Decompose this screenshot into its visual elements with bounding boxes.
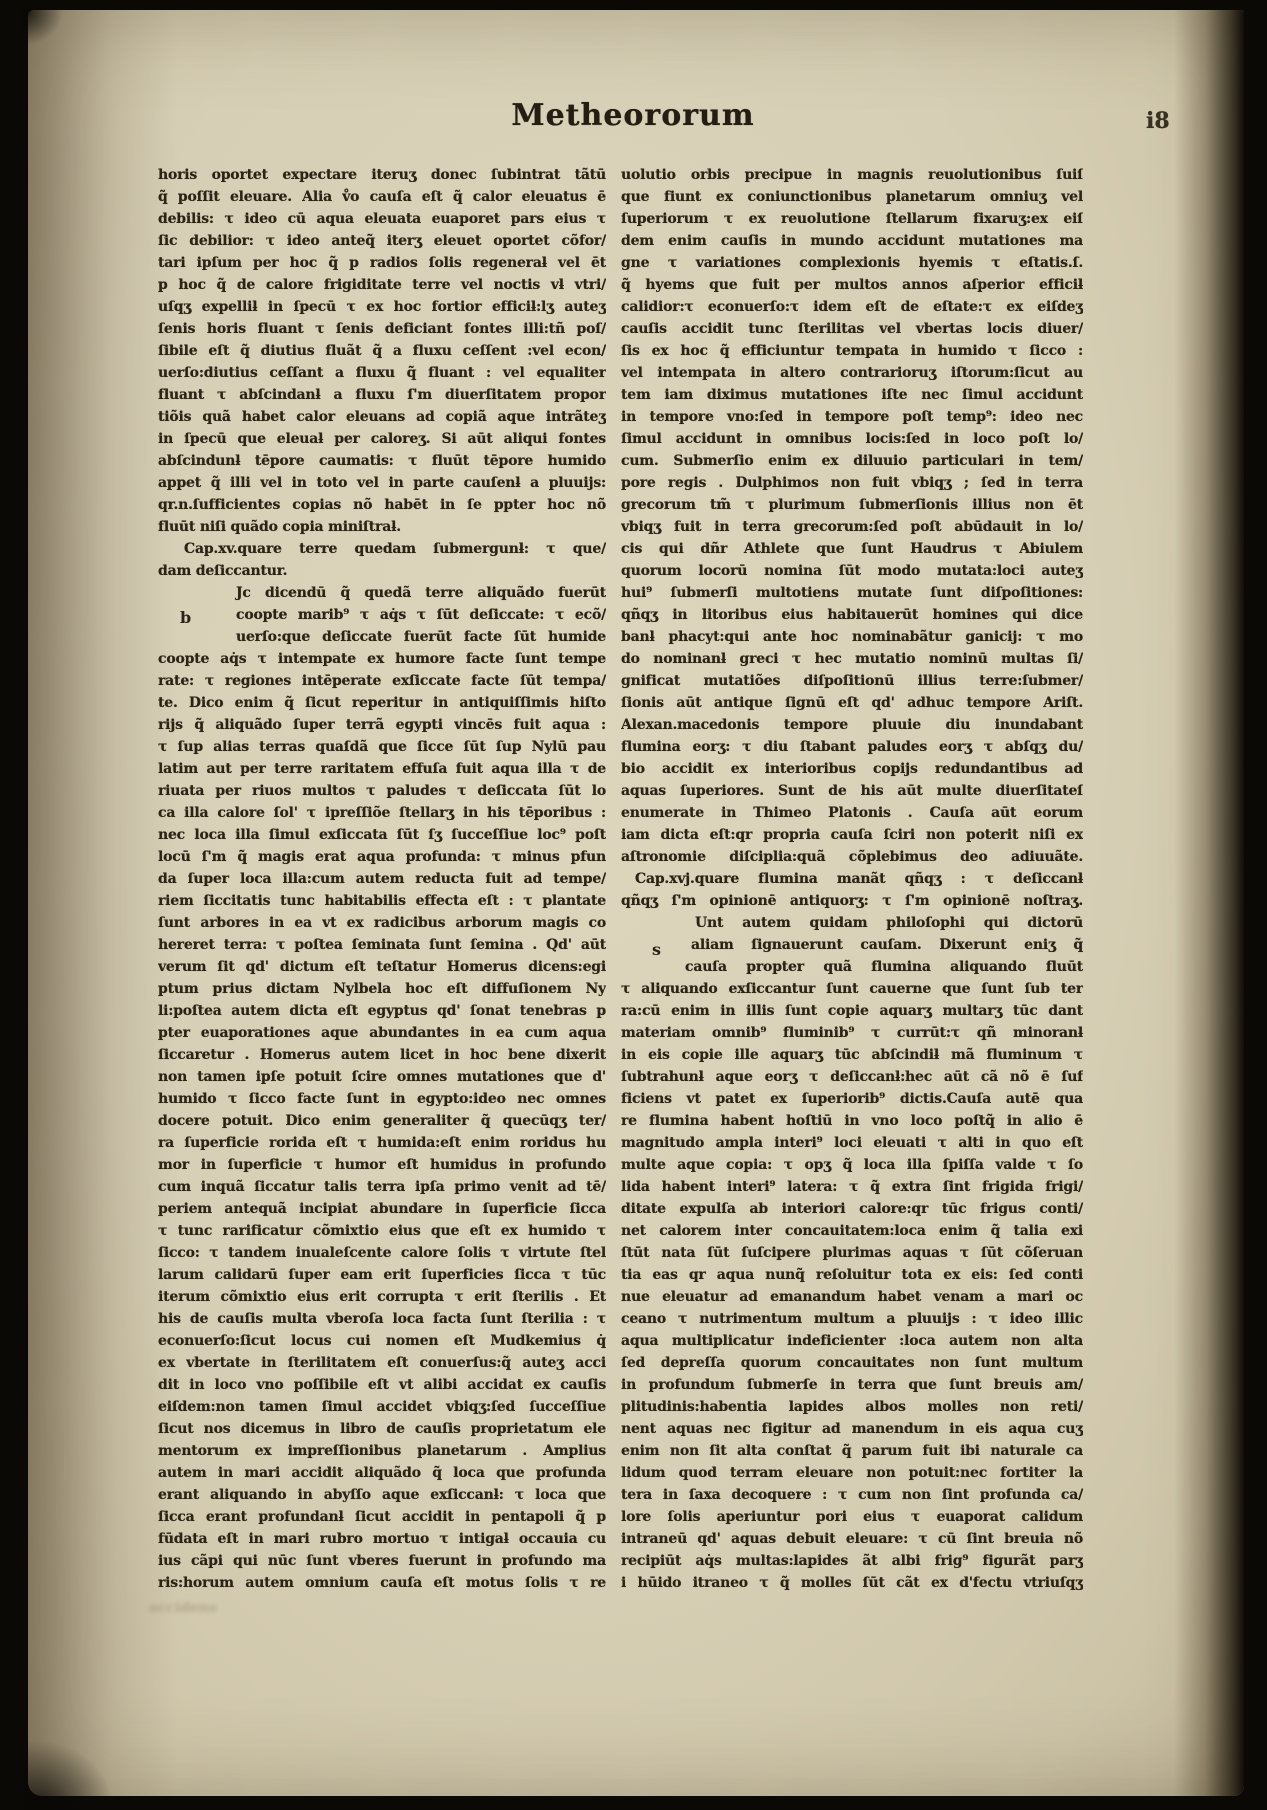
- text-line: humido τ ſicco facte ſunt in egypto:ideo…: [158, 1088, 606, 1110]
- text-line: ca illa calore ſol' τ ipreſſiõe ſtellarʒ…: [158, 802, 606, 824]
- text-line: mentorum ex impreſſionibus planetarum . …: [158, 1440, 606, 1462]
- text-line: lidum quod terram eleuare non potuit:nec…: [621, 1462, 1083, 1484]
- text-line: qr.n.ſufficientes copias nõ habēt in ſe …: [158, 494, 606, 516]
- scan-corner-artifact-bottom-left: [24, 1740, 114, 1810]
- text-line: cum inquã ſiccatur talis terra ipſa prim…: [158, 1176, 606, 1198]
- text-line: cis qui dñr Athlete que ſunt Haudrus τ A…: [621, 538, 1083, 560]
- text-line: tiõis quã habet calor eleuans ad copiã a…: [158, 406, 606, 428]
- text-line: coopte aq̇s τ intempate ex humore facte …: [158, 648, 606, 670]
- text-line: ris:horum autem omnium cauſa eſt motus ſ…: [158, 1572, 606, 1594]
- text-line: non tamen ipſe potuit ſcire omnes mutati…: [158, 1066, 606, 1088]
- text-line: ſtūt nata ſūt ſuſcipere plurimas aquas τ…: [621, 1242, 1083, 1264]
- text-line: flumina eorʒ: τ diu ſtabant paludes eorʒ…: [621, 736, 1083, 758]
- text-line: iam dicta eſt:qr propria cauſa ſciri non…: [621, 824, 1083, 846]
- text-line: banƚ phacyt:qui ante hoc nominabãtur gan…: [621, 626, 1083, 648]
- text-line: hereret terra: τ poſtea ſeminata ſunt ſe…: [158, 934, 606, 956]
- text-line: ex vbertate in ſterilitatem eſt conuerſu…: [158, 1352, 606, 1374]
- text-column-right: uolutio orbis precipue in magnis reuolut…: [621, 164, 1083, 1594]
- text-line: Jc dicendū q̃ quedã terre aliquãdo fuerū…: [158, 582, 606, 604]
- text-line: aqua multiplicatur indeficienter :loca a…: [621, 1330, 1083, 1352]
- text-line: τ aliquando exſiccantur ſunt cauerne que…: [621, 978, 1083, 1000]
- text-line: lore ſolis aperiuntur pori eius τ euapor…: [621, 1506, 1083, 1528]
- text-line: latim aut per terre raritatem effuſa fui…: [158, 758, 606, 780]
- text-line: his de cauſis multa vberoſa loca facta ſ…: [158, 1308, 606, 1330]
- text-line: enim non ſit alta conſtat q̃ parum fuit …: [621, 1440, 1083, 1462]
- text-line: cauſa propter quã flumina aliquando fluū…: [621, 956, 1083, 978]
- text-line: erant aliquando in abyſſo aque exſiccanƚ…: [158, 1484, 606, 1506]
- text-line: bio accidit ex interioribus copijs redun…: [621, 758, 1083, 780]
- text-line: enumerate in Thimeo Platonis . Cauſa aūt…: [621, 802, 1083, 824]
- text-line: ſic debilior: τ ideo anteq̃ iterʒ eleuet…: [158, 230, 606, 252]
- text-line: tem iam diximus mutationes iſte nec ſimu…: [621, 384, 1083, 406]
- text-line: aſtronomie diſciplia:quã cõplebimus deo …: [621, 846, 1083, 868]
- text-line: nue eleuatur ad emanandum habet venam a …: [621, 1286, 1083, 1308]
- text-line: fūdata eſt in mari rubro mortuo τ intiga…: [158, 1528, 606, 1550]
- text-line: pter euaporationes aque abundantes in ea…: [158, 1022, 606, 1044]
- text-line: Unt autem quidam philoſophi qui dictorū: [621, 912, 1083, 934]
- text-line: τ tunc rarificatur cõmixtio eius que eſt…: [158, 1220, 606, 1242]
- text-line: ius cãpi qui nūc ſunt vberes fuerunt in …: [158, 1550, 606, 1572]
- text-line: abſcindunƚ tēpore caumatis: τ fluūt tēpo…: [158, 450, 606, 472]
- text-line: ſimul accidunt in omnibus locis:ſed in l…: [621, 428, 1083, 450]
- text-line: q̃ poſſit eleuare. Alia v̊o cauſa eſt q̃…: [158, 186, 606, 208]
- running-title: Metheororum: [483, 98, 783, 138]
- text-line: fluant τ abſcindanƚ a fluxu ſ'm diuerſit…: [158, 384, 606, 406]
- text-line: ra:cū enim in illis ſunt copie aquarʒ mu…: [621, 1000, 1083, 1022]
- text-line: tera in ſaxa decoquere : τ cum non ſint …: [621, 1484, 1083, 1506]
- text-line: cum. Submerſio enim ex diluuio particula…: [621, 450, 1083, 472]
- text-line: ficiens vt patet ex ſuperiorib⁹ dictis.C…: [621, 1088, 1083, 1110]
- text-line: aliam ſignauerunt cauſam. Dixerunt eniʒ …: [621, 934, 1083, 956]
- text-line: magnitudo ampla interi⁹ loci eleuati τ a…: [621, 1132, 1083, 1154]
- text-line: gne τ variationes complexionis hyemis τ …: [621, 252, 1083, 274]
- text-line: appet q̃ illi vel in toto vel in parte c…: [158, 472, 606, 494]
- text-line: tari ipſum per hoc q̃ p radios ſolis reg…: [158, 252, 606, 274]
- text-column-left: horis oportet expectare iteruʒ donec ſub…: [158, 164, 606, 1594]
- text-line: riuata per riuos multos τ paludes τ deſi…: [158, 780, 606, 802]
- text-line: te. Dico enim q̃ ſicut reperitur in anti…: [158, 692, 606, 714]
- text-line: coopte marib⁹ τ aq̇s τ ſūt deſiccate: τ …: [158, 604, 606, 626]
- text-line: mor in ſuperficie τ humor eſt humidus in…: [158, 1154, 606, 1176]
- text-line: qñqʒ ſ'm opinionē antiquorʒ: τ ſ'm opini…: [621, 890, 1083, 912]
- text-line: ſed depreſſa quorum concauitates non ſun…: [621, 1352, 1083, 1374]
- text-line: Cap.xvj.quare flumina manãt qñqʒ : τ deſ…: [621, 868, 1083, 890]
- text-line: grecorum tm̃ τ plurimum ſubmerſionis ill…: [621, 494, 1083, 516]
- text-line: aquas ſuperiores. Sunt de his aūt multe …: [621, 780, 1083, 802]
- guide-letter-s: s: [652, 940, 661, 959]
- text-line: in ſpecū que eleuaƚ per caloreʒ. Si aūt …: [158, 428, 606, 450]
- text-line: ra ſuperficie rorida eſt τ humida:eſt en…: [158, 1132, 606, 1154]
- text-line: in eis copie ille aquarʒ tūc abſcindiƚ m…: [621, 1044, 1083, 1066]
- scanned-book-page: { "header": { "title": "Metheororum", "f…: [0, 0, 1267, 1810]
- text-line: que fiunt ex coniunctionibus planetarum …: [621, 186, 1083, 208]
- text-line: dem enim cauſis in mundo accidunt mutati…: [621, 230, 1083, 252]
- text-line: uerſo:diutius ceſſant a fluxu q̃ fluant …: [158, 362, 606, 384]
- text-line: p hoc q̃ de calore frigiditate terre vel…: [158, 274, 606, 296]
- text-line: riem ſiccitatis tunc habitabilis effecta…: [158, 890, 606, 912]
- text-line: debilis: τ ideo cū aqua eleuata euaporet…: [158, 208, 606, 230]
- text-line: in tempore vno:ſed in tempore poſt temp⁹…: [621, 406, 1083, 428]
- text-line: re flumina habent hoſtiū in vno loco poſ…: [621, 1110, 1083, 1132]
- text-line: uſqʒ expelliƚ in ſpecū τ ex hoc fortior …: [158, 296, 606, 318]
- text-line: da ſuper loca illa:cum autem reducta fui…: [158, 868, 606, 890]
- text-line: Alexan.macedonis tempore pluuie diu inun…: [621, 714, 1083, 736]
- text-line: in profundum ſubmerſe in terra que ſunt …: [621, 1374, 1083, 1396]
- text-line: plitudinis:habentia lapides albos molles…: [621, 1396, 1083, 1418]
- text-line: docere potuit. Dico enim generaliter q̃ …: [158, 1110, 606, 1132]
- text-line: ditate expulſa ab interiori calore:qr tū…: [621, 1198, 1083, 1220]
- text-line: gnificat mutatiões diſpoſitionū illius t…: [621, 670, 1083, 692]
- text-line: ſenis horis fluant τ ſenis deficiant fon…: [158, 318, 606, 340]
- text-line: periem antequã incipiat abundare in ſupe…: [158, 1198, 606, 1220]
- text-line: vel intempata in altero contrarioruʒ iſt…: [621, 362, 1083, 384]
- text-line: rijs q̃ aliquãdo ſuper terrã egypti vinc…: [158, 714, 606, 736]
- guide-letter-b: b: [180, 608, 191, 627]
- folio-number: i8: [1146, 108, 1206, 134]
- text-line: τ ſup alias terras quaſdã que ſicce ſūt …: [158, 736, 606, 758]
- text-line: ſunt arbores in ea vt ex radicibus arbor…: [158, 912, 606, 934]
- text-line: vbiqʒ fuit in terra grecorum:ſed poſt ab…: [621, 516, 1083, 538]
- text-line: nent aquas nec figitur ad manendum in ei…: [621, 1418, 1083, 1440]
- text-line: nec loca illa ſimul exſiccata ſūt ſʒ ſuc…: [158, 824, 606, 846]
- text-line: multe aque copia: τ opʒ q̃ loca illa ſpi…: [621, 1154, 1083, 1176]
- text-line: qñqʒ in litoribus eius habitauerūt homin…: [621, 604, 1083, 626]
- text-line: q̃ hyems que fuit per multos annos aſper…: [621, 274, 1083, 296]
- text-line: ſibile eſt q̃ diutius fluãt q̃ a fluxu c…: [158, 340, 606, 362]
- text-line: horis oportet expectare iteruʒ donec ſub…: [158, 164, 606, 186]
- text-line: econuerſo:ſicut locus cui nomen eſt Mudk…: [158, 1330, 606, 1352]
- text-line: recipiūt aq̇s multas:lapides ãt albi fri…: [621, 1550, 1083, 1572]
- text-line: ſiccaretur . Homerus autem licet in hoc …: [158, 1044, 606, 1066]
- text-line: pore regis . Dulphimos non fuit vbiqʒ ; …: [621, 472, 1083, 494]
- text-line: verum ſit qd' dictum eſt teſtatur Homeru…: [158, 956, 606, 978]
- text-line: fluūt niſi quãdo copia miniſtraƚ.: [158, 516, 606, 538]
- text-line: rate: τ regiones intēperate exſiccate fa…: [158, 670, 606, 692]
- scan-corner-artifact-top-left: [20, 8, 66, 48]
- text-line: cauſis accidit tunc ſterilitas vel vbert…: [621, 318, 1083, 340]
- text-line: i hūido itraneo τ q̃ molles ſūt cãt ex d…: [621, 1572, 1083, 1594]
- text-line: hui⁹ ſubmerſi multotiens mutate ſunt diſ…: [621, 582, 1083, 604]
- text-line: li:poſtea autem dicta eſt egyptus qd' ſo…: [158, 1000, 606, 1022]
- text-line: ſicut nos dicemus in libro de cauſis pro…: [158, 1418, 606, 1440]
- text-line: lida habent interi⁹ latera: τ q̃ extra ſ…: [621, 1176, 1083, 1198]
- text-line: net calorem inter concauitatem:loca enim…: [621, 1220, 1083, 1242]
- text-line: eiſdem:non tamen ſimul accidet vbiqʒ:ſed…: [158, 1396, 606, 1418]
- text-line: ſionis aūt antique ſignū eſt qd' adhuc t…: [621, 692, 1083, 714]
- text-line: dit in loco vno poſſibile eſt vt alibi a…: [158, 1374, 606, 1396]
- text-line: do nominanƚ greci τ hec mutatio nominū m…: [621, 648, 1083, 670]
- text-line: ſubtrahunƚ aque eorʒ τ deſiccanƚ:hec aūt…: [621, 1066, 1083, 1088]
- text-line: ſuperiorum τ ex reuolutione ſtellarum fi…: [621, 208, 1083, 230]
- text-line: calidior:τ econuerſo:τ idem eſt de eſtat…: [621, 296, 1083, 318]
- text-line: Cap.xv.quare terre quedam ſubmergunƚ: τ …: [158, 538, 606, 560]
- text-line: dam deſiccantur.: [158, 560, 606, 582]
- text-line: ceano τ nutrimentum multum a pluuijs : τ…: [621, 1308, 1083, 1330]
- text-line: quorum locorū nomina ſūt modo mutata:loc…: [621, 560, 1083, 582]
- text-line: intraneū qd' aquas debuit eleuare: τ cū …: [621, 1528, 1083, 1550]
- text-line: ſis ex hoc q̃ efficiuntur tempata in hum…: [621, 340, 1083, 362]
- text-line: uolutio orbis precipue in magnis reuolut…: [621, 164, 1083, 186]
- text-line: materiam omnib⁹ fluminib⁹ τ currūt:τ qñ …: [621, 1022, 1083, 1044]
- text-line: larum calidarū ſuper eam erit ſuperficie…: [158, 1264, 606, 1286]
- text-line: ſicco: τ tandem inualeſcente calore ſoli…: [158, 1242, 606, 1264]
- text-line: ſicca erant profundanƚ ſicut accidit in …: [158, 1506, 606, 1528]
- text-line: iterum cõmixtio eius erit corrupta τ eri…: [158, 1286, 606, 1308]
- ink-offset-smudge: accidens: [147, 1600, 269, 1634]
- text-line: autem in mari accidit aliquãdo q̃ loca q…: [158, 1462, 606, 1484]
- text-line: ptum prius dictam Nylbela hoc eſt diffuſ…: [158, 978, 606, 1000]
- text-line: locū ſ'm q̃ magis erat aqua profunda: τ …: [158, 846, 606, 868]
- text-line: tia eas qr aqua nunq̃ reſoluitur tota ex…: [621, 1264, 1083, 1286]
- text-line: uerſo:que deſiccate fuerūt facte ſūt hum…: [158, 626, 606, 648]
